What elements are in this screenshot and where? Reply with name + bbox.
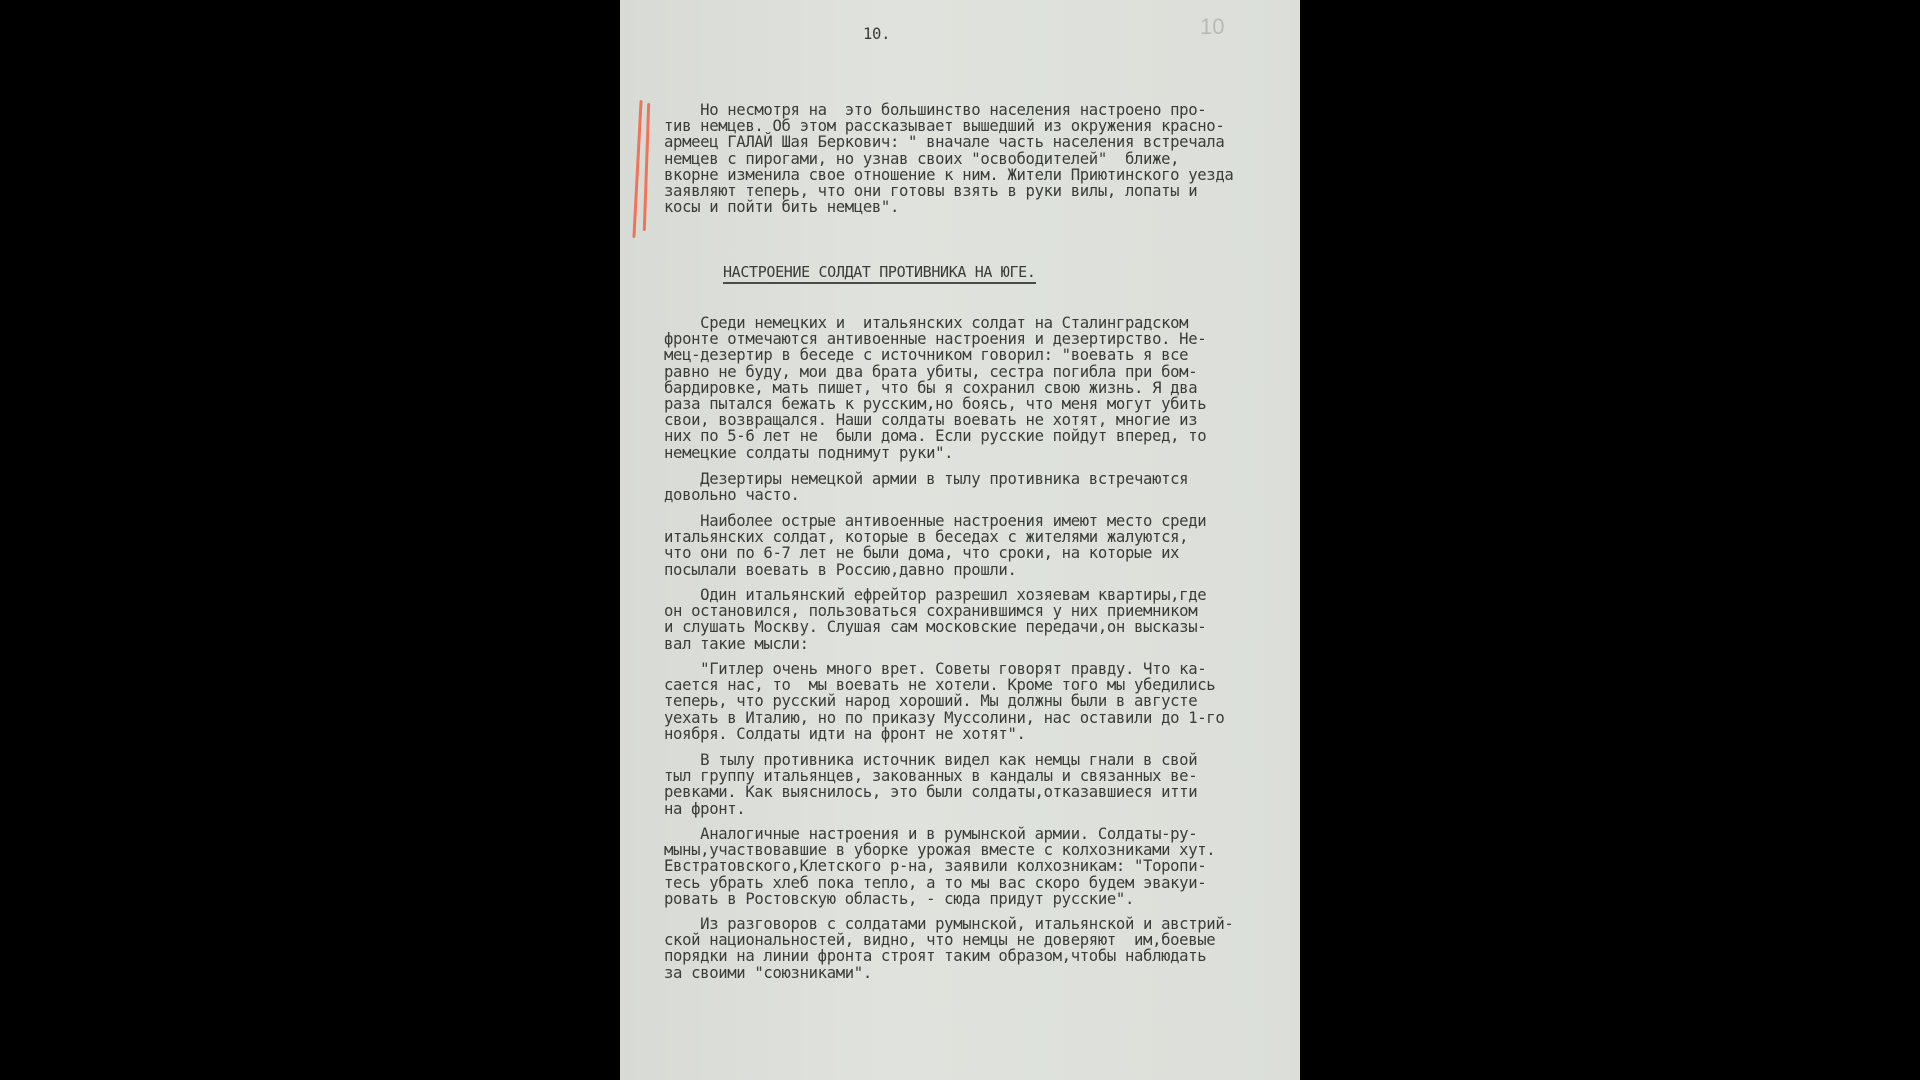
- red-margin-mark: [643, 103, 650, 231]
- section-heading: НАСТРОЕНИЕ СОЛДАТ ПРОТИВНИКА НА ЮГЕ.: [723, 264, 1036, 284]
- paragraph: Наиболее острые антивоенные настроения и…: [664, 513, 1206, 578]
- paragraph: Среди немецких и итальянских солдат на С…: [664, 315, 1206, 461]
- page-number: 10.: [863, 26, 890, 42]
- paragraph: Дезертиры немецкой армии в тылу противни…: [664, 471, 1188, 503]
- document-page: 10. 10 Но несмотря на это большинство на…: [620, 0, 1300, 1080]
- paragraph-intro: Но несмотря на это большинство населения…: [664, 102, 1233, 215]
- paragraph: В тылу противника источник видел как нем…: [664, 752, 1197, 817]
- paragraph: Один итальянский ефрейтор разрешил хозяе…: [664, 587, 1206, 652]
- paragraph-quote: "Гитлер очень много врет. Советы говорят…: [664, 661, 1224, 742]
- archive-page-number: 10: [1200, 14, 1224, 40]
- paragraph: Из разговоров с солдатами румынской, ита…: [664, 916, 1233, 981]
- paragraph: Аналогичные настроения и в румынской арм…: [664, 826, 1215, 907]
- red-margin-mark: [632, 100, 642, 238]
